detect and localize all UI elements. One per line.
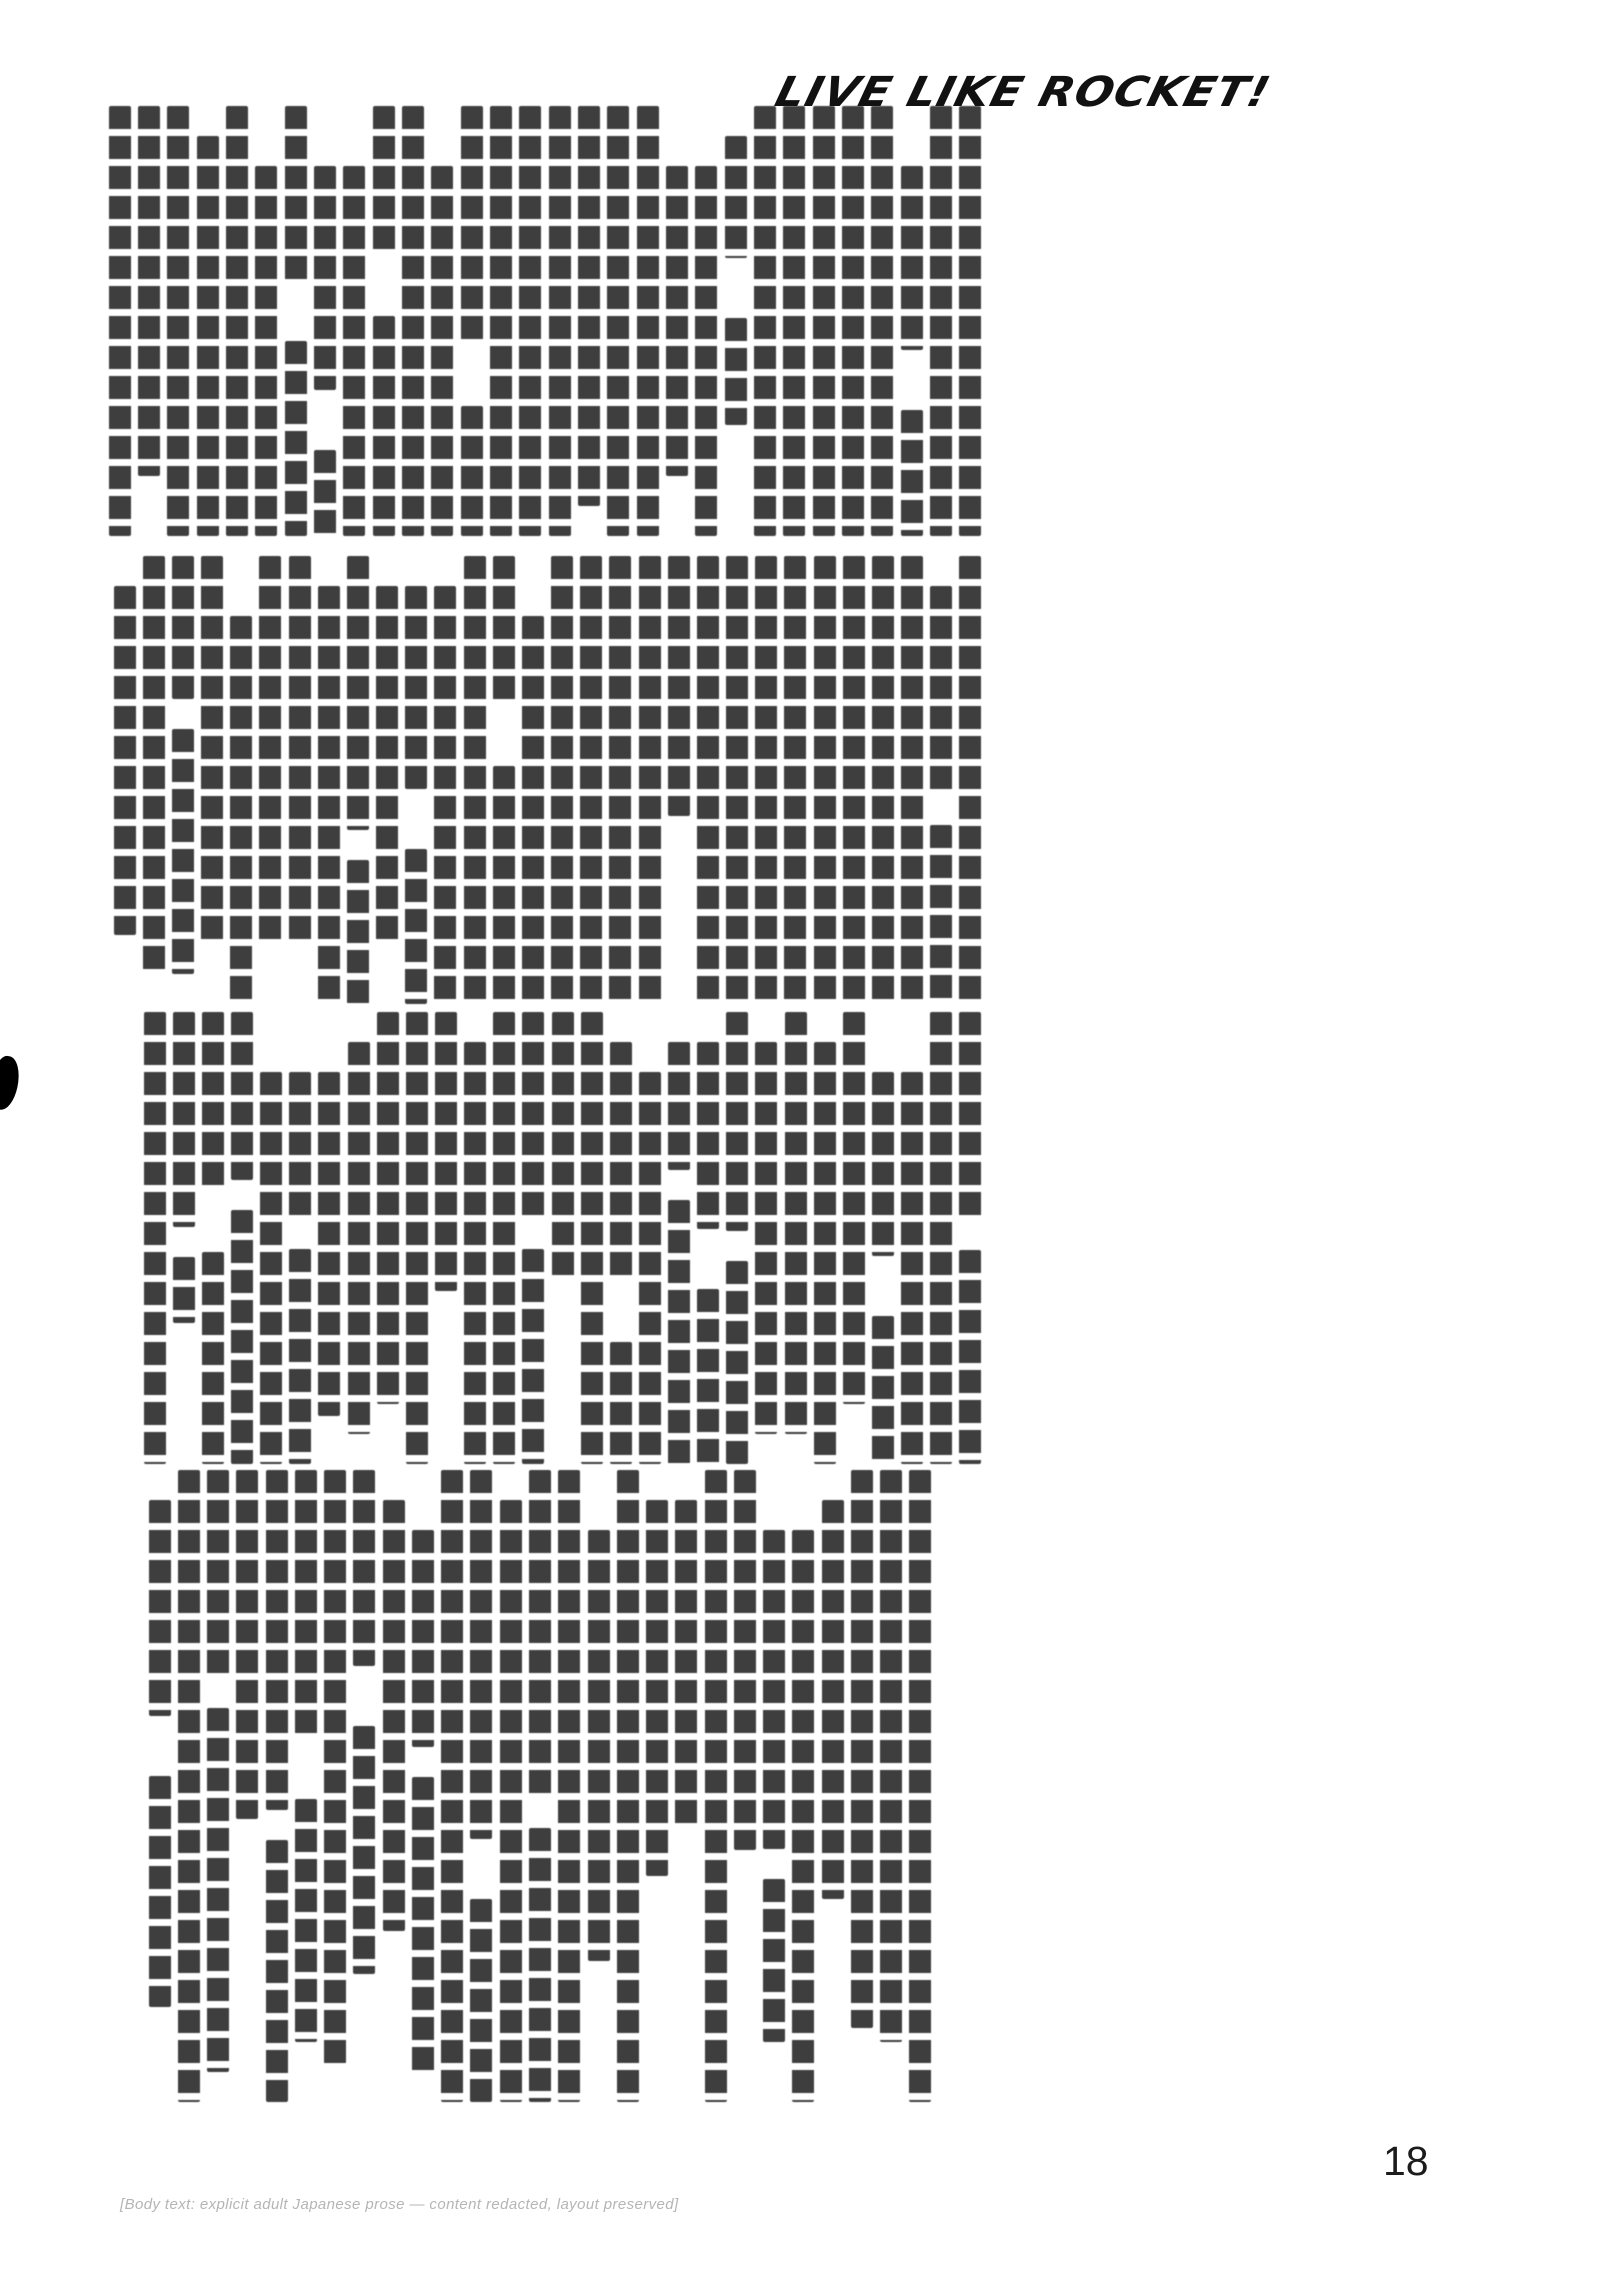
text-column — [347, 556, 369, 1004]
text-column — [646, 1470, 668, 2102]
text-column — [872, 556, 894, 1004]
text-column — [197, 106, 219, 536]
text-column — [581, 1012, 603, 1464]
redacted-text-segment — [792, 1530, 814, 2102]
text-column — [930, 1012, 952, 1464]
redacted-text-segment — [144, 1012, 166, 1464]
text-column — [580, 556, 602, 1004]
redacted-text-segment — [851, 1470, 873, 2028]
redacted-text-segment — [588, 1530, 610, 1961]
redacted-text-segment — [347, 556, 369, 830]
redacted-text-segment — [412, 1530, 434, 1747]
text-column — [260, 1012, 282, 1464]
page-number: 18 — [1383, 2138, 1429, 2185]
redacted-text-segment — [461, 406, 483, 536]
redacted-text-segment — [289, 1249, 311, 1464]
text-column — [734, 1470, 756, 2102]
paragraph-band-3 — [140, 1012, 985, 1464]
text-column — [697, 1012, 719, 1464]
text-column — [295, 1470, 317, 2102]
redacted-text-segment — [930, 825, 952, 1004]
redacted-text-segment — [814, 1042, 836, 1464]
text-column — [666, 106, 688, 536]
text-column — [289, 1012, 311, 1464]
paragraph-band-4 — [145, 1470, 935, 2102]
text-column — [842, 106, 864, 536]
redacted-text-segment — [872, 1316, 894, 1464]
text-column — [202, 1012, 224, 1464]
redacted-text-segment — [260, 1072, 282, 1464]
redacted-text-segment — [178, 1470, 200, 2102]
redacted-text-segment — [639, 556, 661, 1004]
text-column — [639, 1012, 661, 1464]
redacted-text-segment — [202, 1252, 224, 1464]
redacted-text-segment — [373, 106, 395, 256]
redacted-text-segment — [519, 106, 541, 536]
text-column — [441, 1470, 463, 2102]
text-column — [376, 556, 398, 1004]
text-column — [901, 556, 923, 1004]
redacted-text-segment — [173, 1257, 195, 1323]
redacted-text-segment — [109, 106, 131, 536]
redacted-text-segment — [343, 166, 365, 536]
redacted-text-segment — [412, 1777, 434, 2072]
text-column — [880, 1470, 902, 2102]
text-column — [792, 1470, 814, 2102]
text-column — [930, 106, 952, 536]
text-column — [637, 106, 659, 536]
text-column — [813, 106, 835, 536]
redacted-text-segment — [266, 1470, 288, 1810]
redacted-text-segment — [431, 166, 453, 536]
text-column — [114, 556, 136, 1004]
text-column — [490, 106, 512, 536]
redacted-text-segment — [173, 1012, 195, 1227]
redacted-text-segment — [226, 106, 248, 536]
redacted-text-segment — [289, 556, 311, 944]
text-column — [402, 106, 424, 536]
redacted-text-segment — [493, 1012, 515, 1464]
text-column — [343, 106, 365, 536]
redacted-text-segment — [324, 1470, 346, 2064]
text-column — [207, 1470, 229, 2102]
redacted-text-segment — [822, 1500, 844, 1899]
text-column — [143, 556, 165, 1004]
text-column — [843, 556, 865, 1004]
redacted-text-segment — [172, 556, 194, 699]
redacted-text-segment — [461, 106, 483, 346]
text-column — [668, 1012, 690, 1464]
text-column — [412, 1470, 434, 2102]
paragraph-band-1 — [105, 106, 985, 536]
redacted-text-segment — [675, 1500, 697, 1825]
redacted-text-segment — [259, 556, 281, 944]
text-column — [754, 106, 776, 536]
text-column — [755, 1012, 777, 1464]
text-column — [822, 1470, 844, 2102]
text-column — [173, 1012, 195, 1464]
paragraph-band-2 — [110, 556, 985, 1004]
redacted-text-segment — [580, 556, 602, 1004]
text-column — [522, 556, 544, 1004]
redacted-text-segment — [197, 136, 219, 536]
redacted-text-segment — [959, 1012, 981, 1220]
redacted-text-segment — [172, 729, 194, 974]
text-column — [178, 1470, 200, 2102]
redacted-text-segment — [668, 556, 690, 816]
text-column — [109, 106, 131, 536]
text-column — [461, 106, 483, 536]
redacted-text-segment — [441, 1470, 463, 2102]
text-column — [851, 1470, 873, 2102]
redacted-text-segment — [578, 106, 600, 506]
redacted-text-segment — [522, 1249, 544, 1464]
text-column — [201, 556, 223, 1004]
text-column — [348, 1012, 370, 1464]
redacted-text-segment — [470, 1470, 492, 1839]
text-column — [255, 106, 277, 536]
text-column — [814, 556, 836, 1004]
text-column — [434, 556, 456, 1004]
redacted-text-segment — [697, 556, 719, 1004]
redacted-text-segment — [784, 556, 806, 1004]
text-column — [149, 1470, 171, 2102]
redacted-text-segment — [930, 1012, 952, 1464]
redacted-text-segment — [406, 1012, 428, 1464]
redacted-text-segment — [754, 106, 776, 536]
text-column — [470, 1470, 492, 2102]
text-column — [144, 1012, 166, 1464]
redacted-text-segment — [405, 586, 427, 789]
text-column — [617, 1470, 639, 2102]
redacted-text-segment — [609, 556, 631, 1004]
text-column — [464, 556, 486, 1004]
text-column — [725, 106, 747, 536]
redacted-text-segment — [201, 556, 223, 944]
redacted-text-segment — [149, 1500, 171, 1716]
redacted-text-segment — [959, 106, 981, 536]
text-column — [266, 1470, 288, 2102]
redacted-text-segment — [143, 556, 165, 974]
redacted-text-segment — [114, 586, 136, 935]
text-column — [500, 1470, 522, 2102]
redacted-text-segment — [959, 556, 981, 1004]
redacted-text-segment — [376, 586, 398, 944]
text-column — [675, 1470, 697, 2102]
redacted-text-segment — [231, 1012, 253, 1180]
redacted-text-segment — [500, 1500, 522, 2102]
redacted-text-segment — [347, 860, 369, 1004]
text-column — [578, 106, 600, 536]
redacted-text-segment — [901, 556, 923, 1004]
text-column — [959, 556, 981, 1004]
text-column — [668, 556, 690, 1004]
text-column — [814, 1012, 836, 1464]
text-column — [318, 556, 340, 1004]
redacted-text-segment — [813, 106, 835, 536]
text-column — [236, 1470, 258, 2102]
text-column — [289, 556, 311, 1004]
redacted-text-segment — [930, 586, 952, 795]
redacted-text-segment — [726, 1261, 748, 1464]
text-column — [373, 106, 395, 536]
redacted-text-segment — [705, 1470, 727, 2102]
redacted-text-segment — [314, 166, 336, 390]
redacted-text-segment — [230, 616, 252, 1004]
text-column — [519, 106, 541, 536]
redacted-text-segment — [872, 1072, 894, 1256]
text-column — [529, 1470, 551, 2102]
redacted-text-segment — [755, 1042, 777, 1434]
text-column — [314, 106, 336, 536]
redacted-text-segment — [930, 106, 952, 536]
text-column — [959, 1012, 981, 1464]
redacted-text-segment — [435, 1012, 457, 1291]
text-column — [639, 556, 661, 1004]
redacted-text-segment — [377, 1012, 399, 1404]
scan-artifact-ink-blob — [0, 1054, 23, 1112]
text-column — [431, 106, 453, 536]
redacted-text-segment — [295, 1799, 317, 2042]
text-column — [549, 106, 571, 536]
text-column — [377, 1012, 399, 1464]
text-column — [551, 556, 573, 1004]
redacted-text-segment — [558, 1470, 580, 2102]
redacted-text-segment — [348, 1042, 370, 1434]
redacted-text-segment — [901, 1072, 923, 1464]
text-column — [318, 1012, 340, 1464]
redaction-notice: [Body text: explicit adult Japanese pros… — [120, 2196, 679, 2213]
text-column — [167, 106, 189, 536]
redacted-text-segment — [695, 166, 717, 536]
redacted-text-segment — [763, 1879, 785, 2042]
text-column — [609, 556, 631, 1004]
redacted-text-segment — [383, 1500, 405, 1931]
redacted-text-segment — [529, 1828, 551, 2102]
text-column — [695, 106, 717, 536]
redacted-text-segment — [402, 106, 424, 536]
redacted-text-segment — [842, 106, 864, 536]
redacted-text-segment — [668, 1042, 690, 1170]
redacted-text-segment — [872, 556, 894, 1004]
redacted-text-segment — [266, 1840, 288, 2102]
text-column — [588, 1470, 610, 2102]
text-column — [909, 1470, 931, 2102]
text-column — [755, 556, 777, 1004]
redacted-text-segment — [373, 316, 395, 536]
redacted-text-segment — [909, 1470, 931, 2102]
text-column — [435, 1012, 457, 1464]
text-column — [285, 106, 307, 536]
redacted-text-segment — [236, 1470, 258, 1819]
text-column — [464, 1012, 486, 1464]
text-column — [785, 1012, 807, 1464]
redacted-text-segment — [149, 1776, 171, 2007]
redacted-text-segment — [637, 106, 659, 536]
redacted-text-segment — [470, 1899, 492, 2102]
text-column — [552, 1012, 574, 1464]
text-column — [783, 106, 805, 536]
redacted-text-segment — [755, 556, 777, 1004]
text-column — [697, 556, 719, 1004]
redacted-text-segment — [607, 106, 629, 536]
redacted-text-segment — [843, 1012, 865, 1404]
redacted-text-segment — [843, 556, 865, 1004]
redacted-text-segment — [697, 1289, 719, 1464]
redacted-text-segment — [318, 586, 340, 1004]
redacted-text-segment — [610, 1342, 632, 1464]
redacted-text-segment — [666, 166, 688, 476]
text-column — [259, 556, 281, 1004]
text-column — [959, 106, 981, 536]
redacted-text-segment — [617, 1470, 639, 2102]
text-column — [493, 1012, 515, 1464]
text-column — [558, 1470, 580, 2102]
text-column — [901, 106, 923, 536]
redacted-text-segment — [202, 1012, 224, 1192]
text-column — [493, 556, 515, 1004]
redacted-text-segment — [880, 1470, 902, 2042]
redacted-text-segment — [783, 106, 805, 536]
redacted-text-segment — [726, 556, 748, 1004]
text-column — [726, 1012, 748, 1464]
redacted-text-segment — [726, 1012, 748, 1231]
redacted-text-segment — [314, 450, 336, 536]
redacted-text-segment — [255, 166, 277, 536]
text-column — [383, 1470, 405, 2102]
text-column — [726, 556, 748, 1004]
redacted-text-segment — [493, 766, 515, 1004]
redacted-text-segment — [959, 1250, 981, 1464]
redacted-text-segment — [464, 1042, 486, 1464]
redacted-text-segment — [353, 1726, 375, 1974]
redacted-text-segment — [529, 1470, 551, 1798]
text-column — [353, 1470, 375, 2102]
text-column — [231, 1012, 253, 1464]
redacted-text-segment — [639, 1072, 661, 1464]
text-column — [522, 1012, 544, 1464]
redacted-text-segment — [552, 1012, 574, 1282]
redacted-text-segment — [490, 106, 512, 536]
redacted-text-segment — [295, 1470, 317, 1739]
redacted-text-segment — [464, 556, 486, 1004]
redacted-text-segment — [697, 1042, 719, 1229]
text-column — [406, 1012, 428, 1464]
redacted-text-segment — [734, 1470, 756, 1850]
text-column — [872, 1012, 894, 1464]
redacted-text-segment — [551, 556, 573, 1004]
text-column — [226, 106, 248, 536]
redacted-text-segment — [610, 1042, 632, 1282]
text-column — [705, 1470, 727, 2102]
redacted-text-segment — [138, 106, 160, 476]
redacted-text-segment — [549, 106, 571, 536]
redacted-text-segment — [167, 106, 189, 536]
redacted-text-segment — [522, 616, 544, 1004]
redacted-text-segment — [522, 1012, 544, 1219]
redacted-text-segment — [871, 106, 893, 536]
text-column — [930, 556, 952, 1004]
text-column — [610, 1012, 632, 1464]
text-column — [324, 1470, 346, 2102]
redacted-text-segment — [493, 556, 515, 706]
text-column — [172, 556, 194, 1004]
redacted-text-segment — [285, 341, 307, 536]
redacted-text-segment — [814, 556, 836, 1004]
redacted-text-segment — [285, 106, 307, 281]
redacted-text-segment — [207, 1470, 229, 1678]
redacted-text-segment — [763, 1530, 785, 1849]
redacted-text-segment — [231, 1210, 253, 1464]
text-column — [405, 556, 427, 1004]
redacted-text-segment — [646, 1500, 668, 1876]
redacted-text-segment — [289, 1072, 311, 1219]
text-column — [843, 1012, 865, 1464]
redacted-text-segment — [405, 849, 427, 1004]
redacted-text-segment — [785, 1012, 807, 1434]
text-column — [901, 1012, 923, 1464]
text-column — [763, 1470, 785, 2102]
text-column — [871, 106, 893, 536]
text-column — [230, 556, 252, 1004]
redacted-text-segment — [668, 1200, 690, 1464]
redacted-text-segment — [207, 1708, 229, 2072]
scanned-document-page: LIVE LIKE ROCKET! [Body text: explicit a… — [0, 0, 1600, 2277]
redacted-text-segment — [353, 1470, 375, 1666]
redacted-text-segment — [725, 136, 747, 258]
redacted-text-segment — [901, 166, 923, 350]
text-column — [138, 106, 160, 536]
text-column — [607, 106, 629, 536]
redacted-text-segment — [581, 1012, 603, 1464]
redacted-text-segment — [434, 586, 456, 1004]
redacted-text-segment — [725, 318, 747, 425]
redacted-text-segment — [318, 1072, 340, 1416]
redacted-text-segment — [901, 410, 923, 536]
text-column — [784, 556, 806, 1004]
